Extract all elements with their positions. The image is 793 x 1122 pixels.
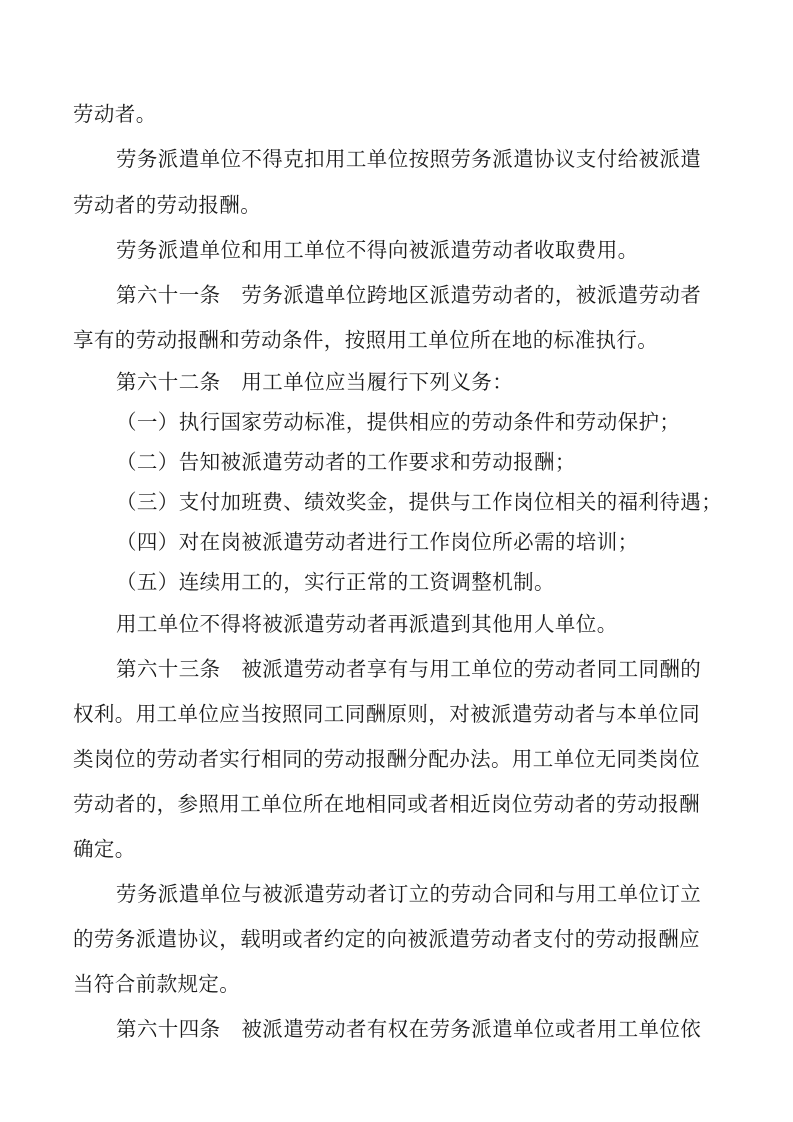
document-line: 第六十二条 用工单位应当履行下列义务： — [116, 370, 513, 394]
document-line: 权利。用工单位应当按照同工同酬原则，对被派遣劳动者与本单位同 — [73, 702, 700, 726]
document-line: 劳务派遣单位与被派遣劳动者订立的劳动合同和与用工单位订立 — [116, 882, 701, 906]
document-line: 劳动者。 — [73, 102, 157, 126]
document-line: 劳务派遣单位不得克扣用工单位按照劳务派遣协议支付给被派遣 — [116, 147, 701, 171]
document-line: （三）支付加班费、绩效奖金，提供与工作岗位相关的福利待遇； — [116, 490, 722, 514]
document-line: 当符合前款规定。 — [73, 972, 240, 996]
document-line: （一）执行国家劳动标准，提供相应的劳动条件和劳动保护； — [116, 410, 680, 434]
document-line: 第六十四条 被派遣劳动者有权在劳务派遣单位或者用工单位依 — [116, 1017, 701, 1041]
document-line: 第六十一条 劳务派遣单位跨地区派遣劳动者的，被派遣劳动者 — [116, 283, 701, 307]
document-line: （五）连续用工的，实行正常的工资调整机制。 — [116, 570, 555, 594]
document-line: 劳动者的劳动报酬。 — [73, 193, 261, 217]
document-line: 类岗位的劳动者实行相同的劳动报酬分配办法。用工单位无同类岗位 — [73, 747, 700, 771]
document-line: 劳动者的，参照用工单位所在地相同或者相近岗位劳动者的劳动报酬 — [73, 792, 700, 816]
document-line: （二）告知被派遣劳动者的工作要求和劳动报酬； — [116, 450, 576, 474]
document-line: 劳务派遣单位和用工单位不得向被派遣劳动者收取费用。 — [116, 238, 639, 262]
document-line: 享有的劳动报酬和劳动条件，按照用工单位所在地的标准执行。 — [73, 328, 658, 352]
document-line: 用工单位不得将被派遣劳动者再派遣到其他用人单位。 — [116, 612, 618, 636]
document-line: （四）对在岗被派遣劳动者进行工作岗位所必需的培训； — [116, 530, 639, 554]
document-line: 确定。 — [73, 837, 136, 861]
document-line: 的劳务派遣协议，载明或者约定的向被派遣劳动者支付的劳动报酬应 — [73, 927, 700, 951]
document-line: 第六十三条 被派遣劳动者享有与用工单位的劳动者同工同酬的 — [116, 657, 701, 681]
